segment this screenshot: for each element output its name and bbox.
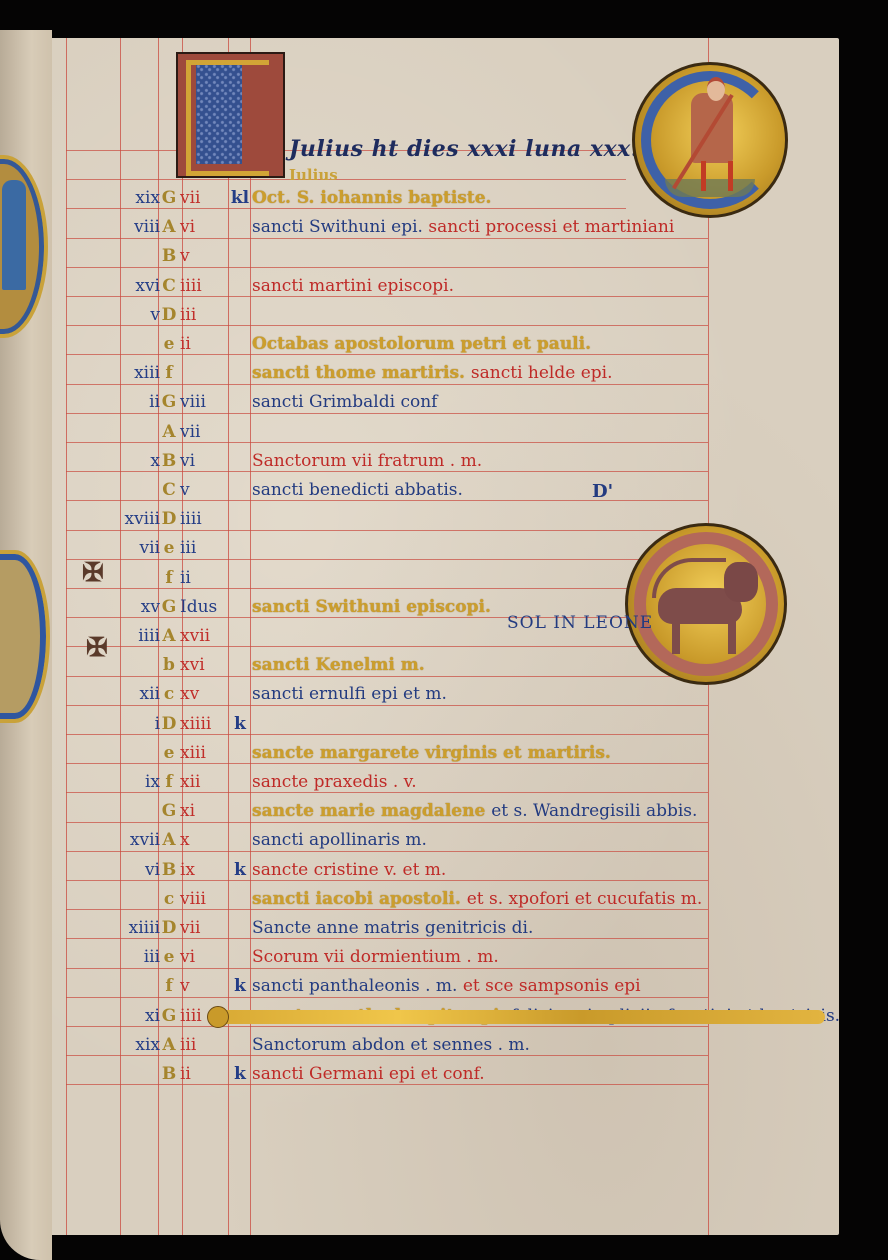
golden-number: xviii [120, 504, 160, 534]
golden-number: xix [120, 1030, 160, 1060]
golden-number: xvi [120, 271, 160, 301]
dominical-letter: b [158, 650, 180, 680]
feast-entry: Oct. S. iohannis baptiste. [252, 183, 491, 213]
roman-day: xvi [180, 650, 226, 680]
roman-day: xv [180, 679, 226, 709]
roman-day: iii [180, 1030, 226, 1060]
feast-entry: sancti Swithuni episcopi. [252, 592, 491, 622]
golden-number: xi [120, 1001, 160, 1031]
feast-text: sancti Grimbaldi conf [252, 392, 437, 412]
calendar-row: eiiOctabas apostolorum petri et pauli. [52, 329, 839, 359]
dominical-letter: C [158, 271, 180, 301]
feast-entry: sancte marie magdalene et s. Wandregisil… [252, 796, 697, 826]
golden-number: xvii [120, 825, 160, 855]
roman-day: ii [180, 1059, 226, 1089]
dominical-letter: D [158, 504, 180, 534]
feast-text: sancti iacobi apostoli. [252, 889, 467, 909]
calendar-row: iDxiiiik [52, 709, 839, 739]
calendar-row: xBviSanctorum vii fratrum . m. [52, 446, 839, 476]
dominical-letter: D [158, 913, 180, 943]
month-subrubric: Iulius [289, 166, 338, 184]
roman-day: xiii [180, 738, 226, 768]
calendar-row: fvksancti panthaleonis . m. et sce samps… [52, 971, 839, 1001]
calendar-row: viBixksancte cristine v. et m. [52, 855, 839, 885]
feast-text: Sanctorum vii fratrum . m. [252, 451, 482, 471]
feast-text: sancti panthaleonis . m. [252, 976, 463, 996]
feast-text: sancti martini episcopi. [252, 276, 454, 296]
calendar-row: iiieviScorum vii dormientium . m. [52, 942, 839, 972]
calendar-row: xviiAxsancti apollinaris m. [52, 825, 839, 855]
dominical-letter: A [158, 825, 180, 855]
roman-day: xii [180, 767, 226, 797]
dominical-letter: e [158, 533, 180, 563]
dominical-letter: f [158, 358, 180, 388]
feast-text: sancti Germani epi et conf. [252, 1064, 485, 1084]
facing-page-roundel-zodiac [0, 550, 50, 723]
feast-text: et s. xpofori et cucufatis m. [467, 889, 703, 909]
calendar-row: xixAiiiSanctorum abdon et sennes . m. [52, 1030, 839, 1060]
feast-text: sancti Kenelmi m. [252, 655, 425, 675]
golden-number: xix [120, 183, 160, 213]
dominical-letter: f [158, 563, 180, 593]
kl-initial [176, 52, 285, 178]
dominical-letter: B [158, 1059, 180, 1089]
calendar-row: xixGviiklOct. S. iohannis baptiste. [52, 183, 839, 213]
dominical-letter: c [158, 884, 180, 914]
feast-entry: sancti iacobi apostoli. et s. xpofori et… [252, 884, 702, 914]
dominical-letter: B [158, 446, 180, 476]
feast-text: sancti benedicti abbatis. [252, 480, 463, 500]
dominical-letter: c [158, 679, 180, 709]
feast-entry: Octabas apostolorum petri et pauli. [252, 329, 591, 359]
facing-page-edge [0, 30, 52, 1260]
roman-day: viii [180, 387, 226, 417]
calendar-row: ixfxiisancte praxedis . v. [52, 767, 839, 797]
feast-entry: Scorum vii dormientium . m. [252, 942, 499, 972]
dominical-letter: e [158, 738, 180, 768]
feast-text: sancte margarete virginis et martiris. [252, 743, 611, 763]
feast-text: sancti thome martiris. [252, 363, 471, 383]
dominical-letter: G [158, 796, 180, 826]
feast-entry: sancti Kenelmi m. [252, 650, 425, 680]
calendar-row: vDiii [52, 300, 839, 330]
golden-number: viii [120, 212, 160, 242]
ruling-line [66, 179, 626, 180]
calendar-row: exiiisancte margarete virginis et martir… [52, 738, 839, 768]
calendar-row: Cvsancti benedicti abbatis. [52, 475, 839, 505]
feast-entry: sancti thome martiris. sancti helde epi. [252, 358, 612, 388]
calendar-row: xiicxvsancti ernulfi epi et m. [52, 679, 839, 709]
lection-mark: k [228, 709, 252, 739]
feast-text: sancte praxedis . v. [252, 772, 417, 792]
feast-text: Oct. S. iohannis baptiste. [252, 188, 491, 208]
roman-day: vi [180, 942, 226, 972]
calendar-row: xiiifsancti thome martiris. sancti helde… [52, 358, 839, 388]
lection-mark: k [228, 1059, 252, 1089]
roman-day: xiiii [180, 709, 226, 739]
roman-day: vi [180, 446, 226, 476]
golden-number: iiii [120, 621, 160, 651]
calendar-row: Bv [52, 241, 839, 271]
dominical-letter: G [158, 387, 180, 417]
golden-number: v [120, 300, 160, 330]
feast-entry: sancte cristine v. et m. [252, 855, 446, 885]
feast-text: sancti helde epi. [471, 363, 613, 383]
calendar-row: xviiiDiiii [52, 504, 839, 534]
feast-entry: Sanctorum vii fratrum . m. [252, 446, 482, 476]
calendar-row: bxvisancti Kenelmi m. [52, 650, 839, 680]
roman-day: vii [180, 417, 226, 447]
golden-number: i [120, 709, 160, 739]
dominical-letter: G [158, 183, 180, 213]
calendar-row: iiiiAxvii [52, 621, 839, 651]
feast-text: sancte cristine v. et m. [252, 860, 446, 880]
feast-text: Octabas apostolorum petri et pauli. [252, 334, 591, 354]
manuscript-page: Julius ht dies xxxi luna xxx. Iulius ✠ ✠… [52, 38, 839, 1235]
roman-day: vii [180, 913, 226, 943]
dominical-letter: B [158, 241, 180, 271]
month-heading: Julius ht dies xxxi luna xxx. [289, 136, 639, 162]
roman-day: ix [180, 855, 226, 885]
feast-text: sancti apollinaris m. [252, 830, 427, 850]
roman-day: iii [180, 300, 226, 330]
dominical-letter: f [158, 971, 180, 1001]
feast-entry: Sanctorum abdon et sennes . m. [252, 1030, 530, 1060]
feast-entry: sancti Germani epi et conf. [252, 1059, 485, 1089]
roman-day: v [180, 971, 226, 1001]
feast-text: et s. Wandregisili abbis. [491, 801, 697, 821]
dominical-letter: A [158, 621, 180, 651]
feast-text: Sanctorum abdon et sennes . m. [252, 1035, 530, 1055]
lection-mark: k [228, 971, 252, 1001]
calendar-row: xvGIdussancti Swithuni episcopi. [52, 592, 839, 622]
bar-border-ornament [215, 1010, 825, 1024]
feast-text: Sancte anne matris genitricis di. [252, 918, 533, 938]
feast-text: sancti ernulfi epi et m. [252, 684, 447, 704]
calendar-row: xiiiiDviiSancte anne matris genitricis d… [52, 913, 839, 943]
feast-entry: sancti panthaleonis . m. et sce sampsoni… [252, 971, 641, 1001]
initial-gold-frame [186, 60, 269, 176]
calendar-row: Avii [52, 417, 839, 447]
roman-day: iiii [180, 271, 226, 301]
roman-day: ii [180, 563, 226, 593]
feast-text: et sce sampsonis epi [463, 976, 641, 996]
feast-entry: sancti martini episcopi. [252, 271, 454, 301]
feast-text: sancti Swithuni episcopi. [252, 597, 491, 617]
feast-entry: sancte praxedis . v. [252, 767, 417, 797]
feast-entry: sancte margarete virginis et martiris. [252, 738, 611, 768]
roman-day: vii [180, 183, 226, 213]
calendar-row: Biiksancti Germani epi et conf. [52, 1059, 839, 1089]
roman-day: iiii [180, 504, 226, 534]
lection-mark: kl [228, 183, 252, 213]
roman-day: Idus [180, 592, 226, 622]
calendar-row: viiiAvisancti Swithuni epi. sancti proce… [52, 212, 839, 242]
feast-entry: sancti Swithuni epi. sancti processi et … [252, 212, 674, 242]
feast-entry: sancti apollinaris m. [252, 825, 427, 855]
roman-day: xi [180, 796, 226, 826]
golden-number: vii [120, 533, 160, 563]
dominical-letter: G [158, 592, 180, 622]
dominical-letter: B [158, 855, 180, 885]
calendar-row: xviCiiiisancti martini episcopi. [52, 271, 839, 301]
dominical-letter: A [158, 1030, 180, 1060]
dominical-letter: f [158, 767, 180, 797]
golden-number: xv [120, 592, 160, 622]
roman-day: v [180, 475, 226, 505]
feast-text: sancte marie magdalene [252, 801, 491, 821]
golden-number: ii [120, 387, 160, 417]
feast-entry: sancti Grimbaldi conf [252, 387, 437, 417]
golden-number: xiiii [120, 913, 160, 943]
dominical-letter: A [158, 212, 180, 242]
calendar-row: fii [52, 563, 839, 593]
calendar-row: iiGviiisancti Grimbaldi conf [52, 387, 839, 417]
roman-day: xvii [180, 621, 226, 651]
feast-entry: sancti ernulfi epi et m. [252, 679, 447, 709]
golden-number: xiii [120, 358, 160, 388]
lection-mark: k [228, 855, 252, 885]
dominical-letter: A [158, 417, 180, 447]
dominical-letter: D [158, 300, 180, 330]
feast-text: sancti processi et martiniani [428, 217, 674, 237]
roman-day: v [180, 241, 226, 271]
golden-number: xii [120, 679, 160, 709]
calendar-row: Gxisancte marie magdalene et s. Wandregi… [52, 796, 839, 826]
roman-day: viii [180, 884, 226, 914]
facing-page-figure [2, 180, 26, 290]
feast-text: Scorum vii dormientium . m. [252, 947, 499, 967]
roman-day: ii [180, 329, 226, 359]
roman-day: iii [180, 533, 226, 563]
roman-day: x [180, 825, 226, 855]
feast-text: sancti Swithuni epi. [252, 217, 428, 237]
dominical-letter: G [158, 1001, 180, 1031]
dominical-letter: D [158, 709, 180, 739]
golden-number: ix [120, 767, 160, 797]
dominical-letter: C [158, 475, 180, 505]
golden-number: x [120, 446, 160, 476]
calendar-row: viieiii [52, 533, 839, 563]
dominical-letter: e [158, 942, 180, 972]
dominical-letter: e [158, 329, 180, 359]
golden-number: iii [120, 942, 160, 972]
feast-entry: sancti benedicti abbatis. [252, 475, 463, 505]
feast-entry: Sancte anne matris genitricis di. [252, 913, 533, 943]
roman-day: vi [180, 212, 226, 242]
golden-number: vi [120, 855, 160, 885]
calendar-row: cviiisancti iacobi apostoli. et s. xpofo… [52, 884, 839, 914]
